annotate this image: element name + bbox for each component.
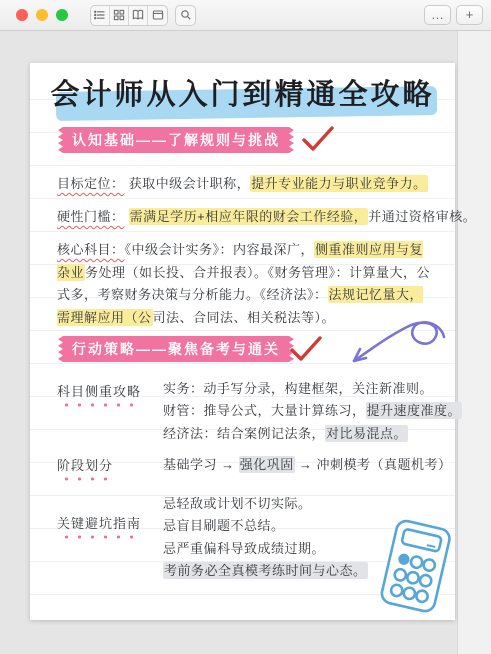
phases-label: 阶段划分: [57, 455, 113, 481]
focus-row-practice: 实务：动手写分录，构建框架，关注新准则。: [163, 378, 462, 400]
app-window: { "window": { "traffic_lights": ["close"…: [0, 0, 491, 654]
section1-badge: 认知基础——了解规则与挑战: [58, 127, 294, 153]
list-view-icon[interactable]: [91, 6, 110, 25]
more-options-button[interactable]: …: [424, 5, 451, 25]
panel-view-icon[interactable]: [148, 6, 167, 25]
focus-label: 科目侧重攻略: [57, 381, 141, 407]
threshold-line: 硬性门槛： 需满足学历+相应年限的财会工作经验，并通过资格审核。: [57, 206, 476, 225]
threshold-highlight: 需满足学历+相应年限的财会工作经验，: [129, 208, 369, 225]
curly-arrow-icon: [343, 317, 449, 375]
threshold-text: 并通过资格审核。: [368, 209, 476, 224]
section2-badge: 行动策略——聚焦备考与通关: [58, 336, 294, 362]
pitfall-row-2: 忌盲目刷题不总结。: [163, 515, 368, 537]
view-switcher: [90, 5, 168, 26]
goal-line: 目标定位： 获取中级会计职称，提升专业能力与职业竞争力。: [57, 173, 428, 192]
note-title-text: 会计师从入门到精通全攻略: [50, 79, 434, 111]
gallery-view-icon[interactable]: [129, 6, 148, 25]
search-icon[interactable]: [175, 5, 196, 26]
subjects-label: 核心科目：: [57, 242, 125, 257]
phases-highlight: 强化巩固: [239, 456, 295, 473]
goal-label: 目标定位：: [57, 176, 125, 191]
note-title: 会计师从入门到精通全攻略: [30, 72, 455, 113]
close-window-icon[interactable]: [16, 9, 28, 21]
phases-text-1: 基础学习 →: [163, 457, 239, 472]
titlebar: … +: [0, 0, 491, 31]
pitfall-row-4-highlight: 考前务必全真模考练时间与心态。: [163, 562, 368, 579]
focus-law-highlight: 对比易混点。: [325, 425, 408, 442]
pitfall-row-4: 考前务必全真模考练时间与心态。: [163, 560, 368, 582]
threshold-label: 硬性门槛：: [57, 209, 125, 224]
pitfalls-label: 关键避坑指南: [57, 513, 141, 539]
goal-highlight: 提升专业能力与职业竞争力。: [250, 175, 428, 192]
pitfalls-rows: 忌轻敌或计划不切实际。 忌盲目刷题不总结。 忌严重偏科导致成绩过期。 考前务必全…: [163, 493, 368, 583]
focus-finance-highlight: 提升速度准度。: [366, 402, 463, 419]
focus-row-finance: 财管：推导公式，大量计算练习，提升速度准度。: [163, 400, 462, 422]
checkmark-icon: [288, 335, 324, 363]
focus-row-law: 经济法：结合案例记法条，对比易混点。: [163, 423, 462, 445]
grid-view-icon[interactable]: [110, 6, 129, 25]
calculator-icon: [370, 519, 460, 619]
checkmark-icon: [300, 125, 336, 153]
note-page: 会计师从入门到精通全攻略 认知基础——了解规则与挑战 目标定位： 获取中级会计职…: [30, 63, 455, 620]
goal-text: 获取中级会计职称，: [129, 176, 251, 191]
pitfall-row-3: 忌严重偏科导致成绩过期。: [163, 538, 368, 560]
fullscreen-window-icon[interactable]: [56, 9, 68, 21]
subjects-text-1: 《中级会计实务》：内容最深广，: [125, 242, 315, 257]
window-right-strip: [457, 31, 491, 654]
subjects-text-3: 司法、合同法、相关税法等）。: [153, 310, 336, 325]
pitfall-row-1: 忌轻敌或计划不切实际。: [163, 493, 368, 515]
phases-line: 基础学习 → 强化巩固 → 冲刺模考（真题机考）: [163, 454, 451, 473]
focus-rows: 实务：动手写分录，构建框架，关注新准则。 财管：推导公式，大量计算练习，提升速度…: [163, 378, 462, 445]
new-note-button[interactable]: +: [456, 5, 483, 25]
subjects-paragraph: 核心科目：《中级会计实务》：内容最深广，侧重准则应用与复杂业务处理（如长投、合并…: [57, 239, 435, 329]
phases-text-2: → 冲刺模考（真题机考）: [295, 457, 452, 472]
minimize-window-icon[interactable]: [36, 9, 48, 21]
